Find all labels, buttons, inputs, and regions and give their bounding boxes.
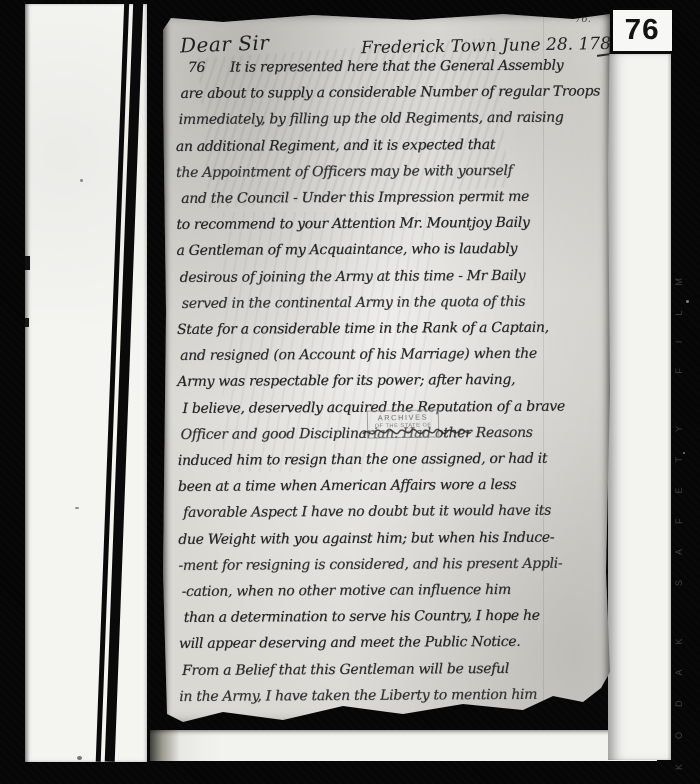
handwritten-line: a Gentleman of my Acquaintance, who is l…: [176, 241, 517, 260]
film-strip-right: [608, 54, 671, 760]
microfilm-frame: 76 KODAK SAFETY FILM 76. Dear Sir Freder…: [0, 0, 700, 784]
handwritten-line: than a determination to serve his Countr…: [184, 608, 540, 627]
handwritten-line: been at a time when American Affairs wor…: [178, 477, 516, 496]
handwritten-line: desirous of joining the Army at this tim…: [180, 267, 526, 286]
handwritten-line: Officer and good Disciplinarian. Had oth…: [181, 425, 533, 444]
film-speck: [75, 507, 79, 509]
handwritten-line: State for a considerable time in the Ran…: [177, 320, 549, 339]
film-notch: [25, 318, 29, 327]
handwritten-line: Army was respectable for its power; afte…: [177, 372, 515, 391]
handwritten-line: -cation, when no other motive can influe…: [181, 582, 510, 601]
document-page: 76. Dear Sir Frederick Town June 28. 178…: [163, 12, 610, 728]
handwritten-line: favorable Aspect I have no doubt but it …: [183, 503, 551, 522]
film-speck: [77, 756, 82, 760]
handwritten-line: will appear deserving and meet the Publi…: [179, 634, 521, 653]
stamp-line-1: ARCHIVES: [370, 412, 436, 422]
handwritten-line: due Weight with you against him; but whe…: [178, 529, 554, 548]
film-edge-marking: KODAK SAFETY FILM: [674, 140, 698, 770]
handwritten-line: and resigned (on Account of his Marriage…: [180, 346, 537, 365]
film-notch: [25, 256, 30, 270]
handwritten-line: the Appointment of Officers may be with …: [176, 163, 513, 182]
film-speck: [683, 452, 685, 454]
handwritten-line: induced him to resign than the one assig…: [178, 451, 547, 470]
film-bottom-band: [150, 730, 657, 761]
handwritten-line: are about to supply a considerable Numbe…: [180, 84, 600, 104]
handwritten-line: immediately, by filling up the old Regim…: [179, 110, 564, 129]
letter-body: 76 It is represented here that the Gener…: [163, 9, 614, 728]
handwritten-line: served in the continental Army in the qu…: [182, 294, 525, 313]
page-number-label: 76: [613, 8, 672, 54]
film-speck: [686, 300, 689, 303]
handwritten-line: and the Council - Under this Impression …: [181, 189, 529, 208]
handwritten-line: From a Belief that this Gentleman will b…: [182, 660, 509, 679]
page-number: 76: [625, 14, 660, 47]
handwritten-line: 76 It is represented here that the Gener…: [175, 58, 563, 77]
film-speck: [80, 179, 83, 182]
handwritten-line: to recommend to your Attention Mr. Mount…: [176, 215, 529, 234]
handwritten-line: -ment for resigning is considered, and h…: [178, 555, 562, 574]
handwritten-line: in the Army, I have taken the Liberty to…: [179, 687, 537, 706]
handwritten-line: an additional Regiment, and it is expect…: [176, 137, 495, 156]
ink-scribble: [361, 426, 473, 440]
